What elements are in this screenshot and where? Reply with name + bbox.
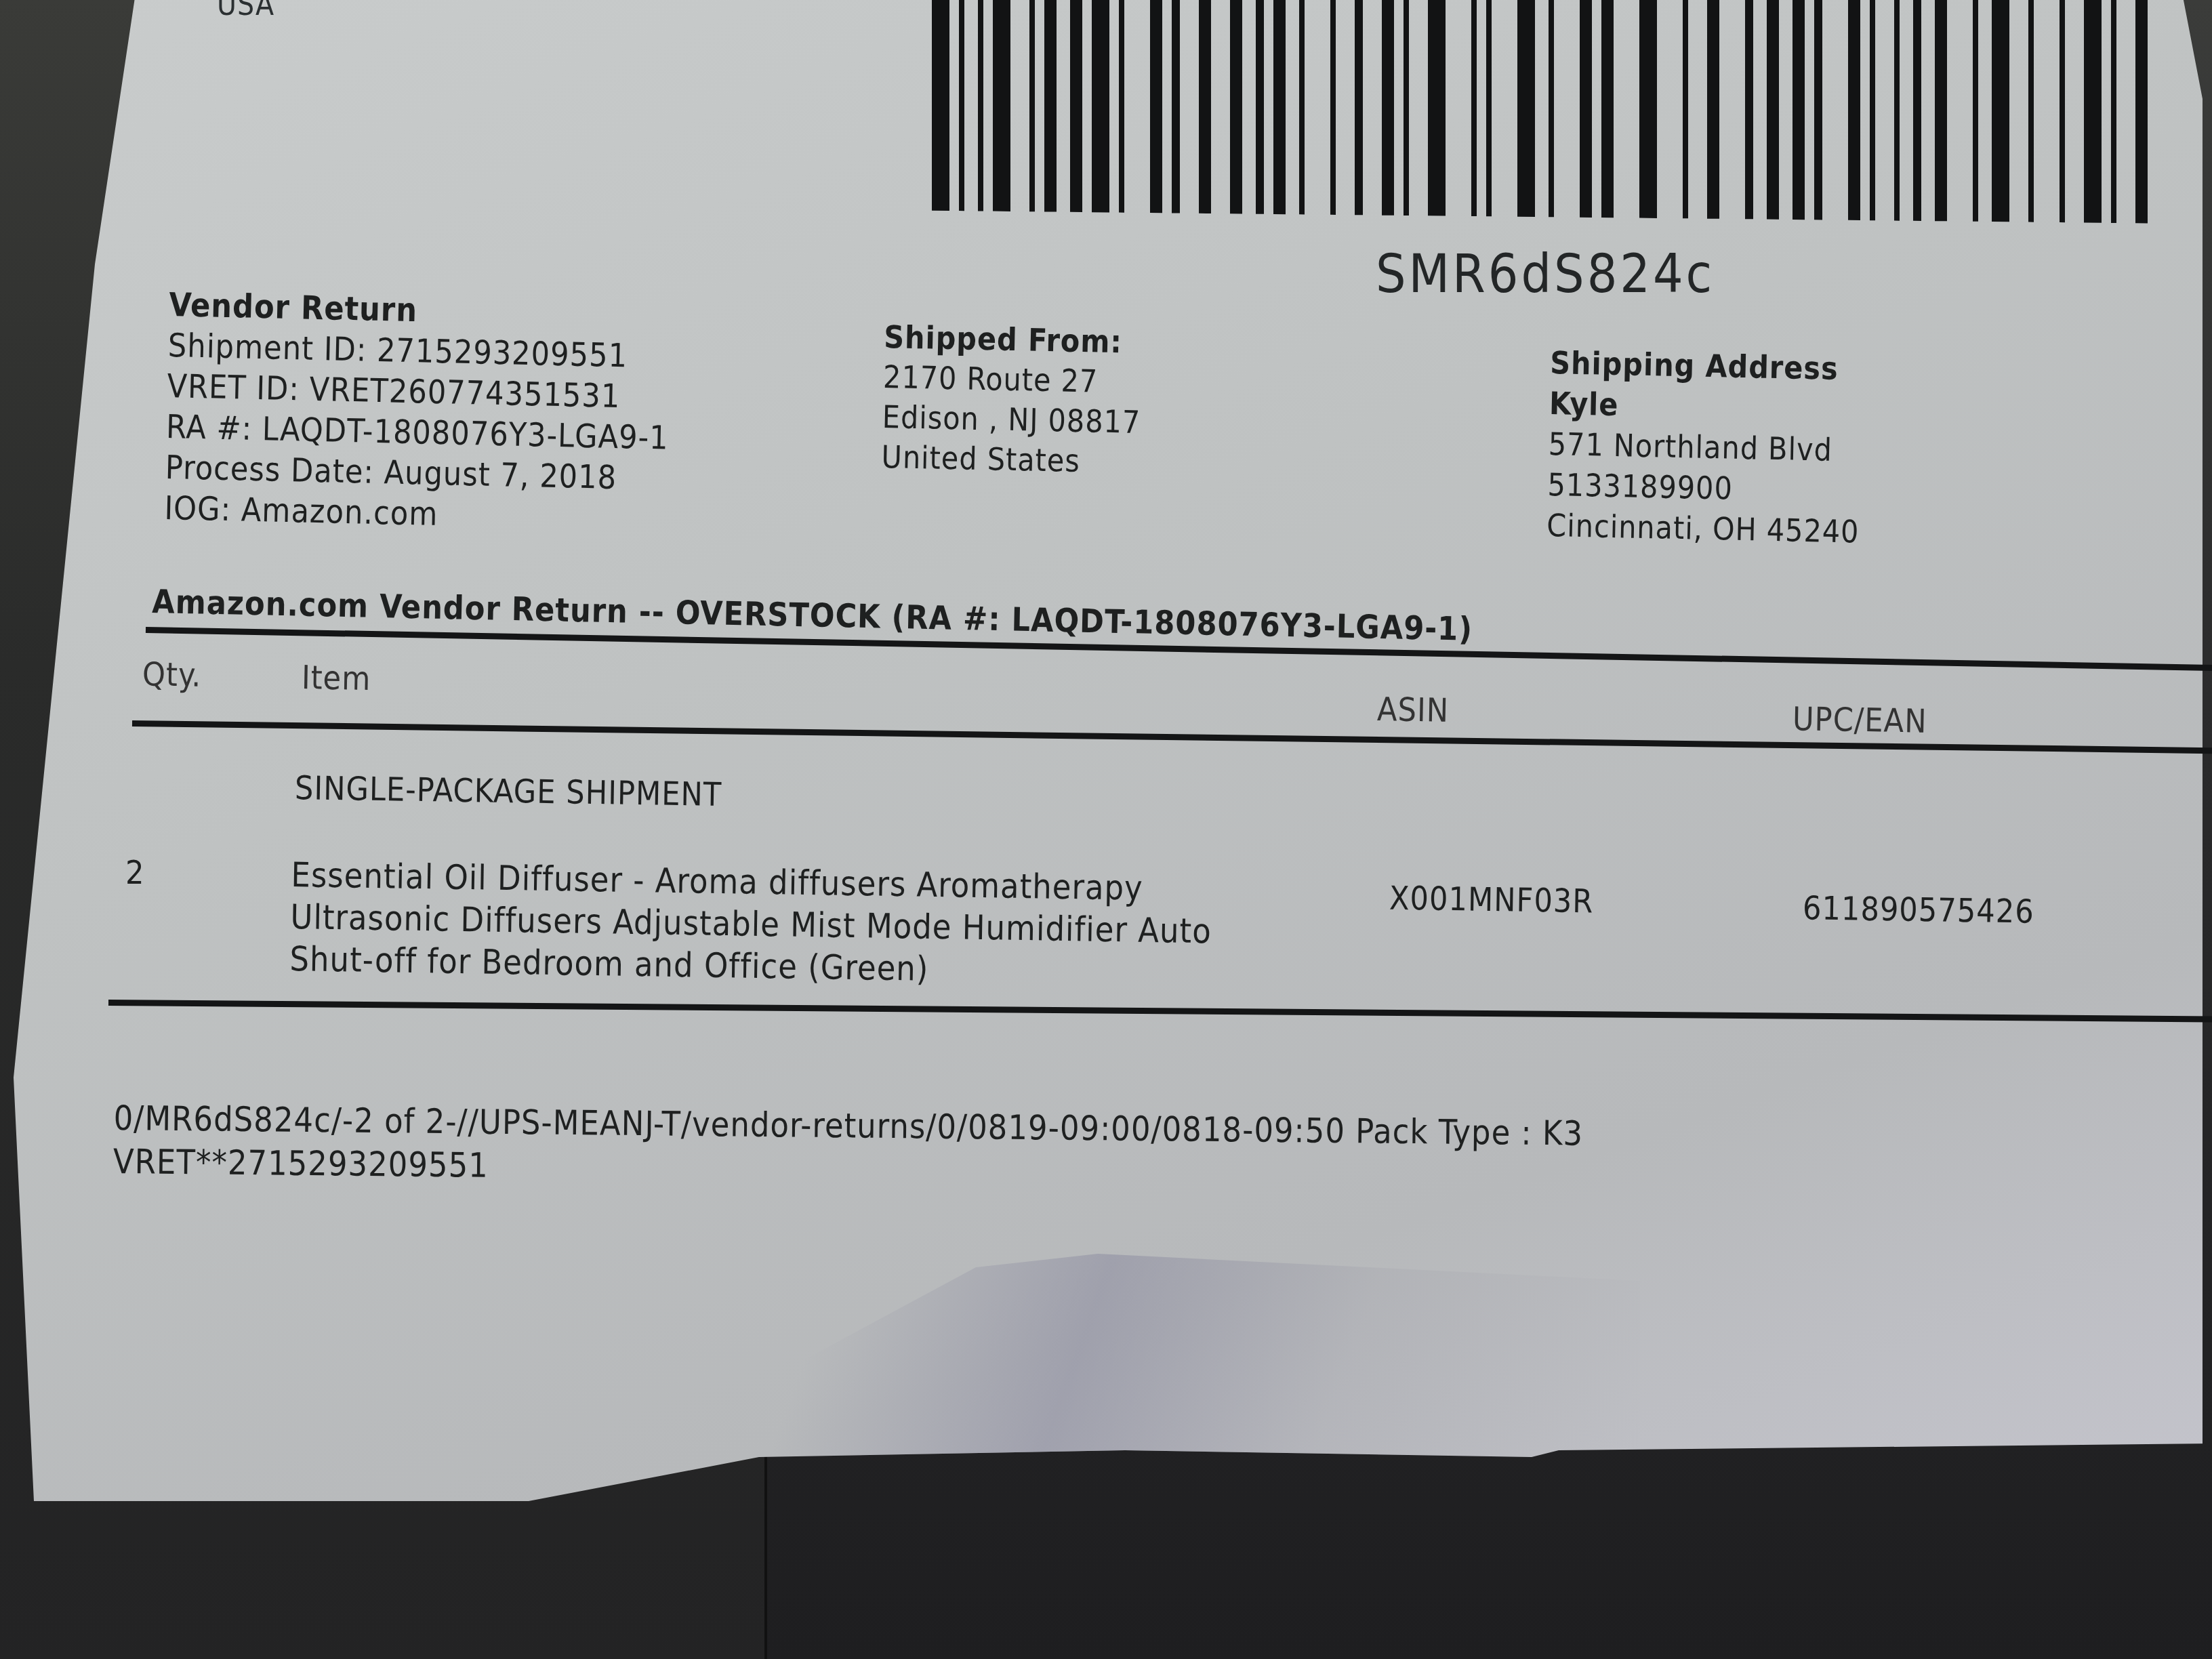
barcode-bar: [1517, 0, 1535, 217]
barcode-bar: [1870, 0, 1875, 220]
barcode-bar: [1044, 0, 1057, 212]
barcode-bar: [1172, 0, 1180, 213]
shipping-address-block: Shipping Address Kyle 571 Northland Blvd…: [1547, 342, 1863, 552]
shipped-from-title: Shipped From:: [884, 317, 1143, 363]
barcode-bar: [1070, 0, 1082, 212]
barcode-text: SMR6dS824c: [1376, 244, 1715, 305]
recipient-city: Cincinnati, OH 45240: [1547, 505, 1860, 552]
barcode-bar: [2135, 0, 2148, 223]
barcode-bar: [1601, 0, 1614, 218]
barcode-bar: [993, 0, 1010, 211]
barcode-bar: [1848, 0, 1860, 220]
barcode-bar: [1199, 0, 1211, 213]
barcode-bar: [1330, 0, 1336, 215]
row-upc: 611890575426: [1803, 889, 2034, 930]
footer-routing: 0/MR6dS824c/-2 of 2-//UPS-MEANJ-T/vendor…: [113, 1097, 1584, 1199]
barcode-bar: [1299, 0, 1305, 214]
barcode-bar: [2028, 0, 2034, 222]
barcode-bar: [2111, 0, 2116, 223]
barcode-bar: [1029, 0, 1035, 211]
barcode-bar: [932, 0, 949, 211]
header-asin: ASIN: [1377, 691, 1450, 730]
barcode-bar: [1273, 0, 1286, 214]
barcode-bar: [1355, 0, 1363, 215]
shipping-label: USA SMR6dS824c Vendor Return Shipment ID…: [14, 0, 2203, 1511]
barcode-bar: [1382, 0, 1394, 216]
barcode-bar: [1767, 0, 1779, 220]
recipient-street: 571 Northland Blvd: [1548, 424, 1861, 471]
paper-fold-shadow: [623, 1254, 1640, 1457]
barcode-bar: [1793, 0, 1805, 220]
header-qty: Qty.: [142, 655, 202, 695]
barcode-bar: [1814, 0, 1822, 220]
barcode-bar: [1639, 0, 1657, 218]
header-item: Item: [302, 659, 371, 698]
barcode-bar: [1683, 0, 1688, 218]
rule-under-row: [108, 1000, 2212, 1022]
barcode-bar: [1549, 0, 1554, 217]
barcode-bar: [1256, 0, 1264, 214]
row-asin: X001MNF03R: [1389, 880, 1594, 921]
shipped-from-line3: United States: [881, 437, 1141, 483]
barcode-bar: [1707, 0, 1719, 219]
vendor-return-block: Vendor Return Shipment ID: 2715293209551…: [164, 285, 672, 540]
barcode-bar: [1092, 0, 1109, 212]
barcode-bar: [1992, 0, 2009, 222]
barcode-bar: [1894, 0, 1900, 221]
shipping-address-title: Shipping Address: [1550, 342, 1863, 390]
barcode-bar: [1745, 0, 1753, 219]
row-item-description: Essential Oil Diffuser - Aroma diffusers…: [289, 854, 1212, 994]
recipient-phone: 5133189900: [1547, 464, 1860, 512]
barcode-bar: [1580, 0, 1592, 218]
barcode-bar: [1404, 0, 1409, 216]
shipped-from-line2: Edison , NJ 08817: [882, 397, 1141, 443]
barcode-bar: [1935, 0, 1947, 221]
barcode-bar: [1973, 0, 1978, 222]
row-qty: 2: [125, 854, 144, 892]
barcode-bar: [1150, 0, 1162, 213]
barcode-bar: [1119, 0, 1124, 213]
barcode: [932, 0, 2138, 223]
barcode-bar: [2084, 0, 2102, 223]
barcode-bar: [1428, 0, 1446, 216]
barcode-bar: [959, 0, 964, 211]
barcode-bar: [978, 0, 983, 211]
background-seam: [764, 1450, 767, 1659]
shipped-from-block: Shipped From: 2170 Route 27 Edison , NJ …: [881, 317, 1143, 483]
barcode-bar: [2060, 0, 2065, 222]
shipped-from-line1: 2170 Route 27: [883, 357, 1143, 403]
barcode-bar: [1471, 0, 1477, 216]
barcode-bar: [1486, 0, 1492, 216]
top-country-fragment: USA: [217, 0, 274, 22]
header-upc: UPC/EAN: [1793, 700, 1927, 740]
recipient-name: Kyle: [1549, 383, 1862, 430]
barcode-bar: [1230, 0, 1242, 213]
group-label: SINGLE-PACKAGE SHIPMENT: [295, 769, 722, 814]
barcode-bar: [1913, 0, 1921, 221]
